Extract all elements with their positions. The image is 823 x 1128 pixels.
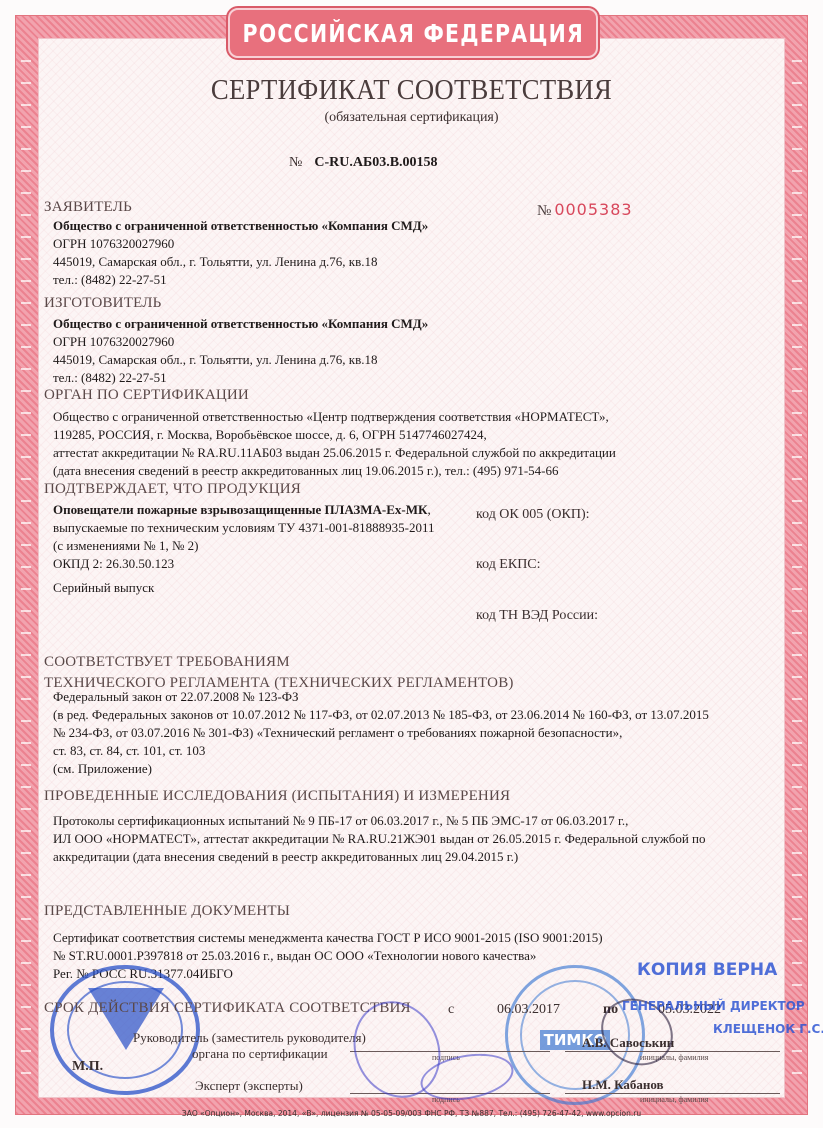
tests-lab: ИЛ ООО «НОРМАТЕСТ», аттестат аккредитаци… <box>53 830 706 848</box>
manufacturer-heading: ИЗГОТОВИТЕЛЬ <box>44 295 161 312</box>
applicant-ogrn: ОГРН 1076320027960 <box>53 235 428 253</box>
documents-qms-cert: Сертификат соответствия системы менеджме… <box>53 929 603 947</box>
manufacturer-address: 445019, Самарская обл., г. Тольятти, ул.… <box>53 351 428 369</box>
document-title: СЕРТИФИКАТ СООТВЕТСТВИЯ <box>33 74 790 107</box>
tests-heading: ПРОВЕДЕННЫЕ ИССЛЕДОВАНИЯ (ИСПЫТАНИЯ) И И… <box>44 788 510 805</box>
expert-label: Эксперт (эксперты) <box>195 1078 303 1094</box>
tests-protocols: Протоколы сертификационных испытаний № 9… <box>53 812 706 830</box>
manufacturer-details: Общество с ограниченной ответственностью… <box>53 315 428 387</box>
conformity-articles: ст. 83, ст. 84, ст. 101, ст. 103 <box>53 742 709 760</box>
certification-body-line: Общество с ограниченной ответственностью… <box>53 408 616 426</box>
copy-verified-position: ГЕНЕРАЛЬНЫЙ ДИРЕКТОР <box>622 999 805 1013</box>
product-changes: (с изменениями № 1, № 2) <box>53 537 435 555</box>
certification-body-heading: ОРГАН ПО СЕРТИФИКАЦИИ <box>44 387 249 404</box>
certificate-number-label: № <box>289 155 302 170</box>
product-heading: ПОДТВЕРЖДАЕТ, ЧТО ПРОДУКЦИЯ <box>44 481 301 498</box>
conformity-appendix-ref: (см. Приложение) <box>53 760 709 778</box>
blank-number: №0005383 <box>537 200 633 220</box>
certificate-number-value: C-RU.АБ03.В.00158 <box>314 155 437 170</box>
border-ornament-right <box>792 60 802 1080</box>
expert-name: Н.М. Кабанов <box>582 1077 664 1093</box>
documents-qms-number: № ST.RU.0001.Р397818 от 25.03.2016 г., в… <box>53 947 603 965</box>
country-banner-text: РОССИЙСКАЯ ФЕДЕРАЦИЯ <box>242 19 583 48</box>
border-ornament-left <box>21 60 31 1080</box>
validity-from-date: 06.03.2017 <box>497 1002 560 1018</box>
tests-details: Протоколы сертификационных испытаний № 9… <box>53 812 706 866</box>
product-name-suffix: , <box>427 502 430 517</box>
country-banner: РОССИЙСКАЯ ФЕДЕРАЦИЯ <box>228 8 598 58</box>
certification-body-line: 119285, РОССИЯ, г. Москва, Воробьёвское … <box>53 426 616 444</box>
documents-heading: ПРЕДСТАВЛЕННЫЕ ДОКУМЕНТЫ <box>44 903 290 920</box>
manufacturer-ogrn: ОГРН 1076320027960 <box>53 333 428 351</box>
product-serial: Серийный выпуск <box>53 579 154 597</box>
applicant-address: 445019, Самарская обл., г. Тольятти, ул.… <box>53 253 428 271</box>
certification-body-line: (дата внесения сведений в реестр аккреди… <box>53 462 616 480</box>
product-okpd: ОКПД 2: 26.30.50.123 <box>53 555 435 573</box>
applicant-details: Общество с ограниченной ответственностью… <box>53 217 428 289</box>
expert-name-caption: инициалы, фамилия <box>640 1095 708 1104</box>
document-subtitle: (обязательная сертификация) <box>0 110 823 126</box>
certification-body-line: аттестат аккредитации № RA.RU.11АБ03 выд… <box>53 444 616 462</box>
conformity-details: Федеральный закон от 22.07.2008 № 123-ФЗ… <box>53 688 709 778</box>
product-spec: выпускаемые по техническим условиям ТУ 4… <box>53 519 435 537</box>
certification-body-details: Общество с ограниченной ответственностью… <box>53 408 616 480</box>
conformity-law: Федеральный закон от 22.07.2008 № 123-ФЗ <box>53 688 709 706</box>
conformity-amendments-cont: № 234-ФЗ, от 03.07.2016 № 301-ФЗ) «Техни… <box>53 724 709 742</box>
code-okp: код ОК 005 (ОКП): <box>476 507 590 523</box>
blank-number-value: 0005383 <box>554 200 632 219</box>
validity-heading: СРОК ДЕЙСТВИЯ СЕРТИФИКАТА СООТВЕТСТВИЯ <box>44 1000 411 1017</box>
expert-name-line <box>565 1093 780 1094</box>
manufacturer-phone: тел.: (8482) 22-27-51 <box>53 369 428 387</box>
applicant-name: Общество с ограниченной ответственностью… <box>53 217 428 235</box>
product-name: Оповещатели пожарные взрывозащищенные ПЛ… <box>53 502 427 517</box>
certificate-number: №C-RU.АБ03.В.00158 <box>289 155 438 171</box>
applicant-phone: тел.: (8482) 22-27-51 <box>53 271 428 289</box>
copy-verified-stamp: КОПИЯ ВЕРНА <box>637 960 777 980</box>
product-details: Оповещатели пожарные взрывозащищенные ПЛ… <box>53 501 435 573</box>
head-signatory-label-cont: органа по сертификации <box>192 1046 328 1062</box>
tests-accreditation: аккредитации (дата внесения сведений в р… <box>53 848 706 866</box>
applicant-heading: ЗАЯВИТЕЛЬ <box>44 199 132 216</box>
code-ekps: код ЕКПС: <box>476 557 541 573</box>
seal-place-label: М.П. <box>72 1059 103 1075</box>
head-signatory-label: Руководитель (заместитель руководителя) <box>133 1030 366 1046</box>
manufacturer-name: Общество с ограниченной ответственностью… <box>53 315 428 333</box>
copy-verified-name: КЛЕЩЕНОК Г.С. <box>713 1022 823 1036</box>
conformity-amendments: (в ред. Федеральных законов от 10.07.201… <box>53 706 709 724</box>
printer-footer: ЗАО «Опцион», Москва, 2014, «В», лицензи… <box>0 1109 823 1118</box>
validity-from-label: с <box>448 1002 454 1018</box>
head-name-line <box>565 1051 780 1052</box>
conformity-heading-line1: СООТВЕТСТВУЕТ ТРЕБОВАНИЯМ <box>44 654 290 671</box>
code-tnved: код ТН ВЭД России: <box>476 608 598 624</box>
blank-number-label: № <box>537 203 551 219</box>
